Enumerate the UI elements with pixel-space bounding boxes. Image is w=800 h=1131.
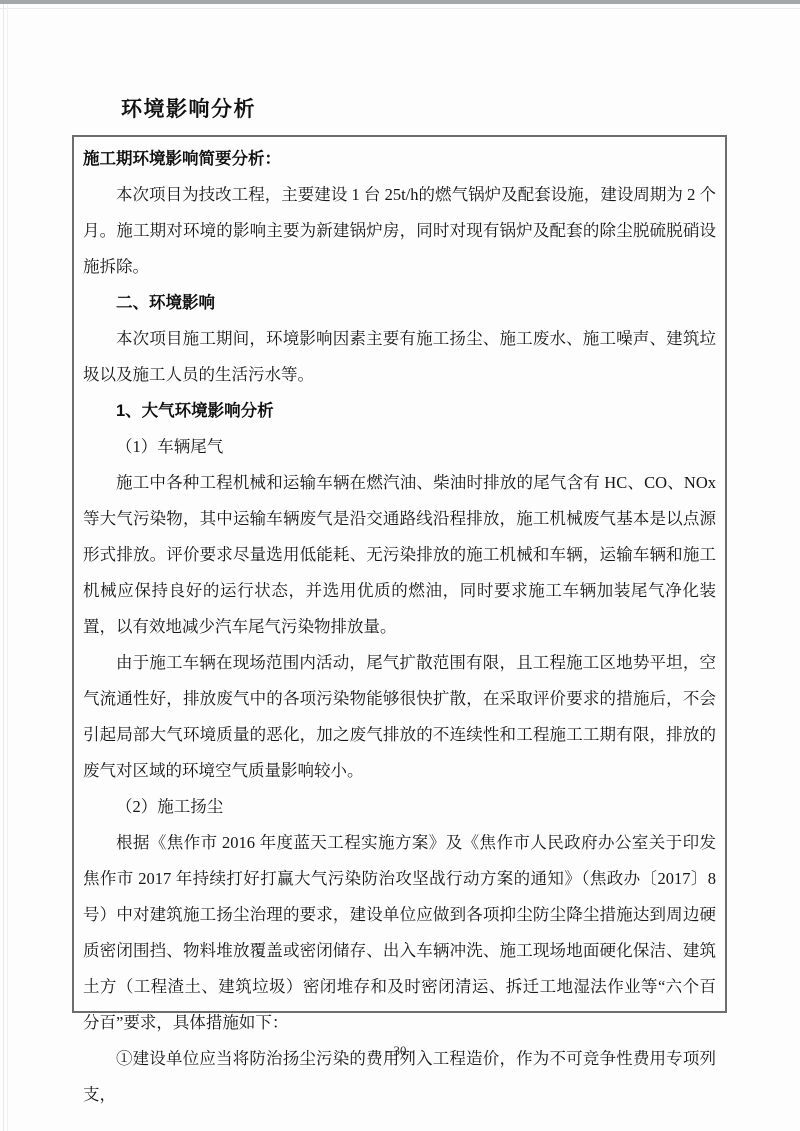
paragraph-project-overview: 本次项目为技改工程，主要建设 1 台 25t/h的燃气锅炉及配套设施，建设周期为… bbox=[83, 177, 716, 285]
paragraph-dust-policy-requirements: 根据《焦作市 2016 年度蓝天工程实施方案》及《焦作市人民政府办公室关于印发焦… bbox=[83, 825, 716, 1041]
scan-edge-top-band bbox=[0, 0, 800, 4]
subheading-construction-dust: （2）施工扬尘 bbox=[83, 789, 716, 825]
heading-environment-impact: 二、环境影响 bbox=[83, 285, 716, 321]
scan-edge-faint-line bbox=[0, 8, 800, 9]
scan-edge-left-line bbox=[3, 4, 4, 1131]
subheading-vehicle-exhaust: （1）车辆尾气 bbox=[83, 429, 716, 465]
paragraph-vehicle-exhaust-detail: 施工中各种工程机械和运输车辆在燃汽油、柴油时排放的尾气含有 HC、CO、NOx … bbox=[83, 465, 716, 645]
page-title: 环境影响分析 bbox=[121, 93, 256, 123]
heading-brief-analysis: 施工期环境影响简要分析： bbox=[83, 141, 716, 177]
scan-edge-left-line-2 bbox=[7, 4, 8, 1131]
paragraph-impact-factors: 本次项目施工期间，环境影响因素主要有施工扬尘、施工废水、施工噪声、建筑垃圾以及施… bbox=[83, 321, 716, 393]
page-number: - 30 - bbox=[0, 1043, 800, 1059]
construction-period-analysis-box: 施工期环境影响简要分析： 本次项目为技改工程，主要建设 1 台 25t/h的燃气… bbox=[72, 135, 727, 1013]
heading-air-impact-analysis: 1、大气环境影响分析 bbox=[83, 393, 716, 429]
paragraph-exhaust-dispersion: 由于施工车辆在现场范围内活动，尾气扩散范围有限，且工程施工区地势平坦，空气流通性… bbox=[83, 645, 716, 789]
